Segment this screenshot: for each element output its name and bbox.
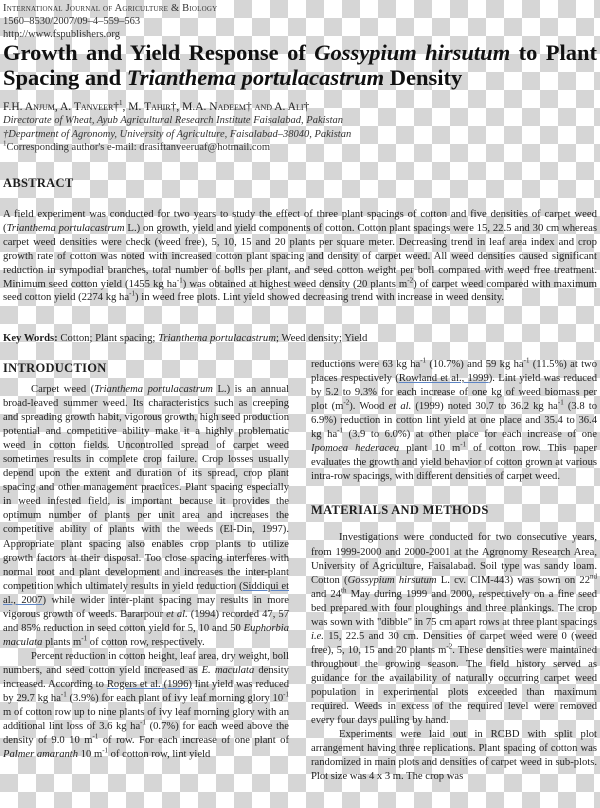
body-text: (10.7%) and 59 kg ha — [426, 359, 524, 370]
species-name: Trianthema portulacastrum — [7, 222, 125, 234]
abstract-heading: ABSTRACT — [3, 176, 73, 191]
keywords-text: Cotton; Plant spacing; — [58, 332, 158, 344]
journal-header: International Journal of Agriculture & B… — [3, 2, 217, 41]
corresponding-author: 1Corresponding author's e-mail: drasifta… — [3, 141, 270, 154]
citation-link[interactable]: Rogers et al. (1996) — [107, 679, 192, 690]
materials-methods-heading: MATERIALS AND METHODS — [311, 503, 597, 517]
keywords-text: ; Weed density; Yield — [276, 332, 367, 344]
methods-paragraph-2: Experiments were laid out in RCBD with s… — [311, 728, 597, 784]
species-name: Trianthema portulacastrum — [158, 332, 276, 344]
body-text: Experiments were laid out in RCBD with s… — [311, 729, 597, 782]
body-text: (3.9%) for each plant of ivy leaf mornin… — [67, 693, 283, 704]
body-text: reductions were 63 kg ha — [311, 359, 420, 370]
intro-paragraph-1: Carpet weed (Trianthema portulacastrum L… — [3, 383, 289, 650]
intro-paragraph-2: Percent reduction in cotton height, leaf… — [3, 650, 289, 762]
keywords: Key Words: Cotton; Plant spacing; Triant… — [3, 332, 367, 345]
authors-text: , M. Tahir†, M.A. Nadeem† and A. Ali† — [123, 101, 310, 113]
body-text: of cotton row, lint yield — [108, 749, 210, 760]
species-name: Gossypium hirsutum — [348, 575, 437, 586]
abstract-text: ) in weed free plots. Lint yield showed … — [135, 291, 504, 303]
right-column: reductions were 63 kg ha-1 (10.7%) and 5… — [311, 358, 597, 784]
paper-title: Growth and Yield Response of Gossypium h… — [3, 40, 597, 90]
body-text: 10 m — [78, 749, 102, 760]
keywords-label: Key Words: — [3, 332, 58, 344]
affiliations: Directorate of Wheat, Ayub Agricultural … — [3, 114, 351, 141]
title-species: Gossypium hirsutum — [314, 40, 510, 65]
ie-abbrev: i.e. — [311, 631, 324, 642]
body-text: of cotton row, respectively. — [87, 637, 204, 648]
methods-paragraph-1: Investigations were conducted for two co… — [311, 531, 597, 728]
journal-issn: 1560–8530/2007/09–4–559–563 — [3, 15, 217, 28]
body-text: plants m — [42, 637, 81, 648]
introduction-heading: INTRODUCTION — [3, 361, 107, 376]
author-list: F.H. Anjum, A. Tanveer†1, M. Tahir†, M.A… — [3, 100, 309, 114]
corresponding-email[interactable]: Corresponding author's e-mail: drasiftan… — [7, 142, 270, 153]
citation-link[interactable]: Rowland et al., 1999 — [399, 373, 489, 384]
body-text: and 24 — [311, 589, 341, 600]
affiliation-2: †Department of Agronomy, University of A… — [3, 128, 351, 142]
body-text: L.) is an annual broad-leaved summer wee… — [3, 384, 289, 592]
body-text: Carpet weed ( — [31, 384, 94, 395]
species-name: E. maculata — [202, 665, 255, 676]
journal-name: International Journal of Agriculture & B… — [3, 2, 217, 15]
affiliation-1: Directorate of Wheat, Ayub Agricultural … — [3, 114, 351, 128]
title-weed-species: Trianthema portulacastrum — [127, 65, 384, 90]
body-text: (3.9 to 6.0%) at other place for each in… — [343, 429, 597, 440]
et-al: et al. — [166, 609, 188, 620]
body-text: May during 1999 and 2000, respectively o… — [311, 589, 597, 628]
authors-text: F.H. Anjum, A. Tanveer† — [3, 101, 119, 113]
abstract-body: A field experiment was conducted for two… — [3, 208, 597, 305]
superscript: -1 — [283, 691, 289, 699]
body-text: plant 10 m — [399, 443, 460, 454]
et-al: et al. — [389, 401, 412, 412]
species-name: Ipomoea hederacea — [311, 443, 399, 454]
body-text: ). Wood — [349, 401, 388, 412]
body-text: . These densities were maintained throug… — [311, 645, 597, 726]
species-name: Trianthema portulacastrum — [94, 384, 213, 395]
body-text: of row. For each increase of one plant o… — [98, 735, 289, 746]
body-text: (1999) noted 30.7 to 36.2 kg ha — [411, 401, 558, 412]
intro-paragraph-3: reductions were 63 kg ha-1 (10.7%) and 5… — [311, 358, 597, 484]
superscript: nd — [590, 572, 597, 580]
title-text: Density — [384, 65, 462, 90]
abstract-text: ) was obtained at highest weed density (… — [183, 278, 408, 290]
left-column: Carpet weed (Trianthema portulacastrum L… — [3, 383, 289, 762]
paper-page: International Journal of Agriculture & B… — [0, 0, 600, 808]
title-text: Growth and Yield Response of — [3, 40, 314, 65]
species-name: Palmer amaranth — [3, 749, 78, 760]
body-text: L. cv. CIM-443) was sown on 22 — [437, 575, 590, 586]
